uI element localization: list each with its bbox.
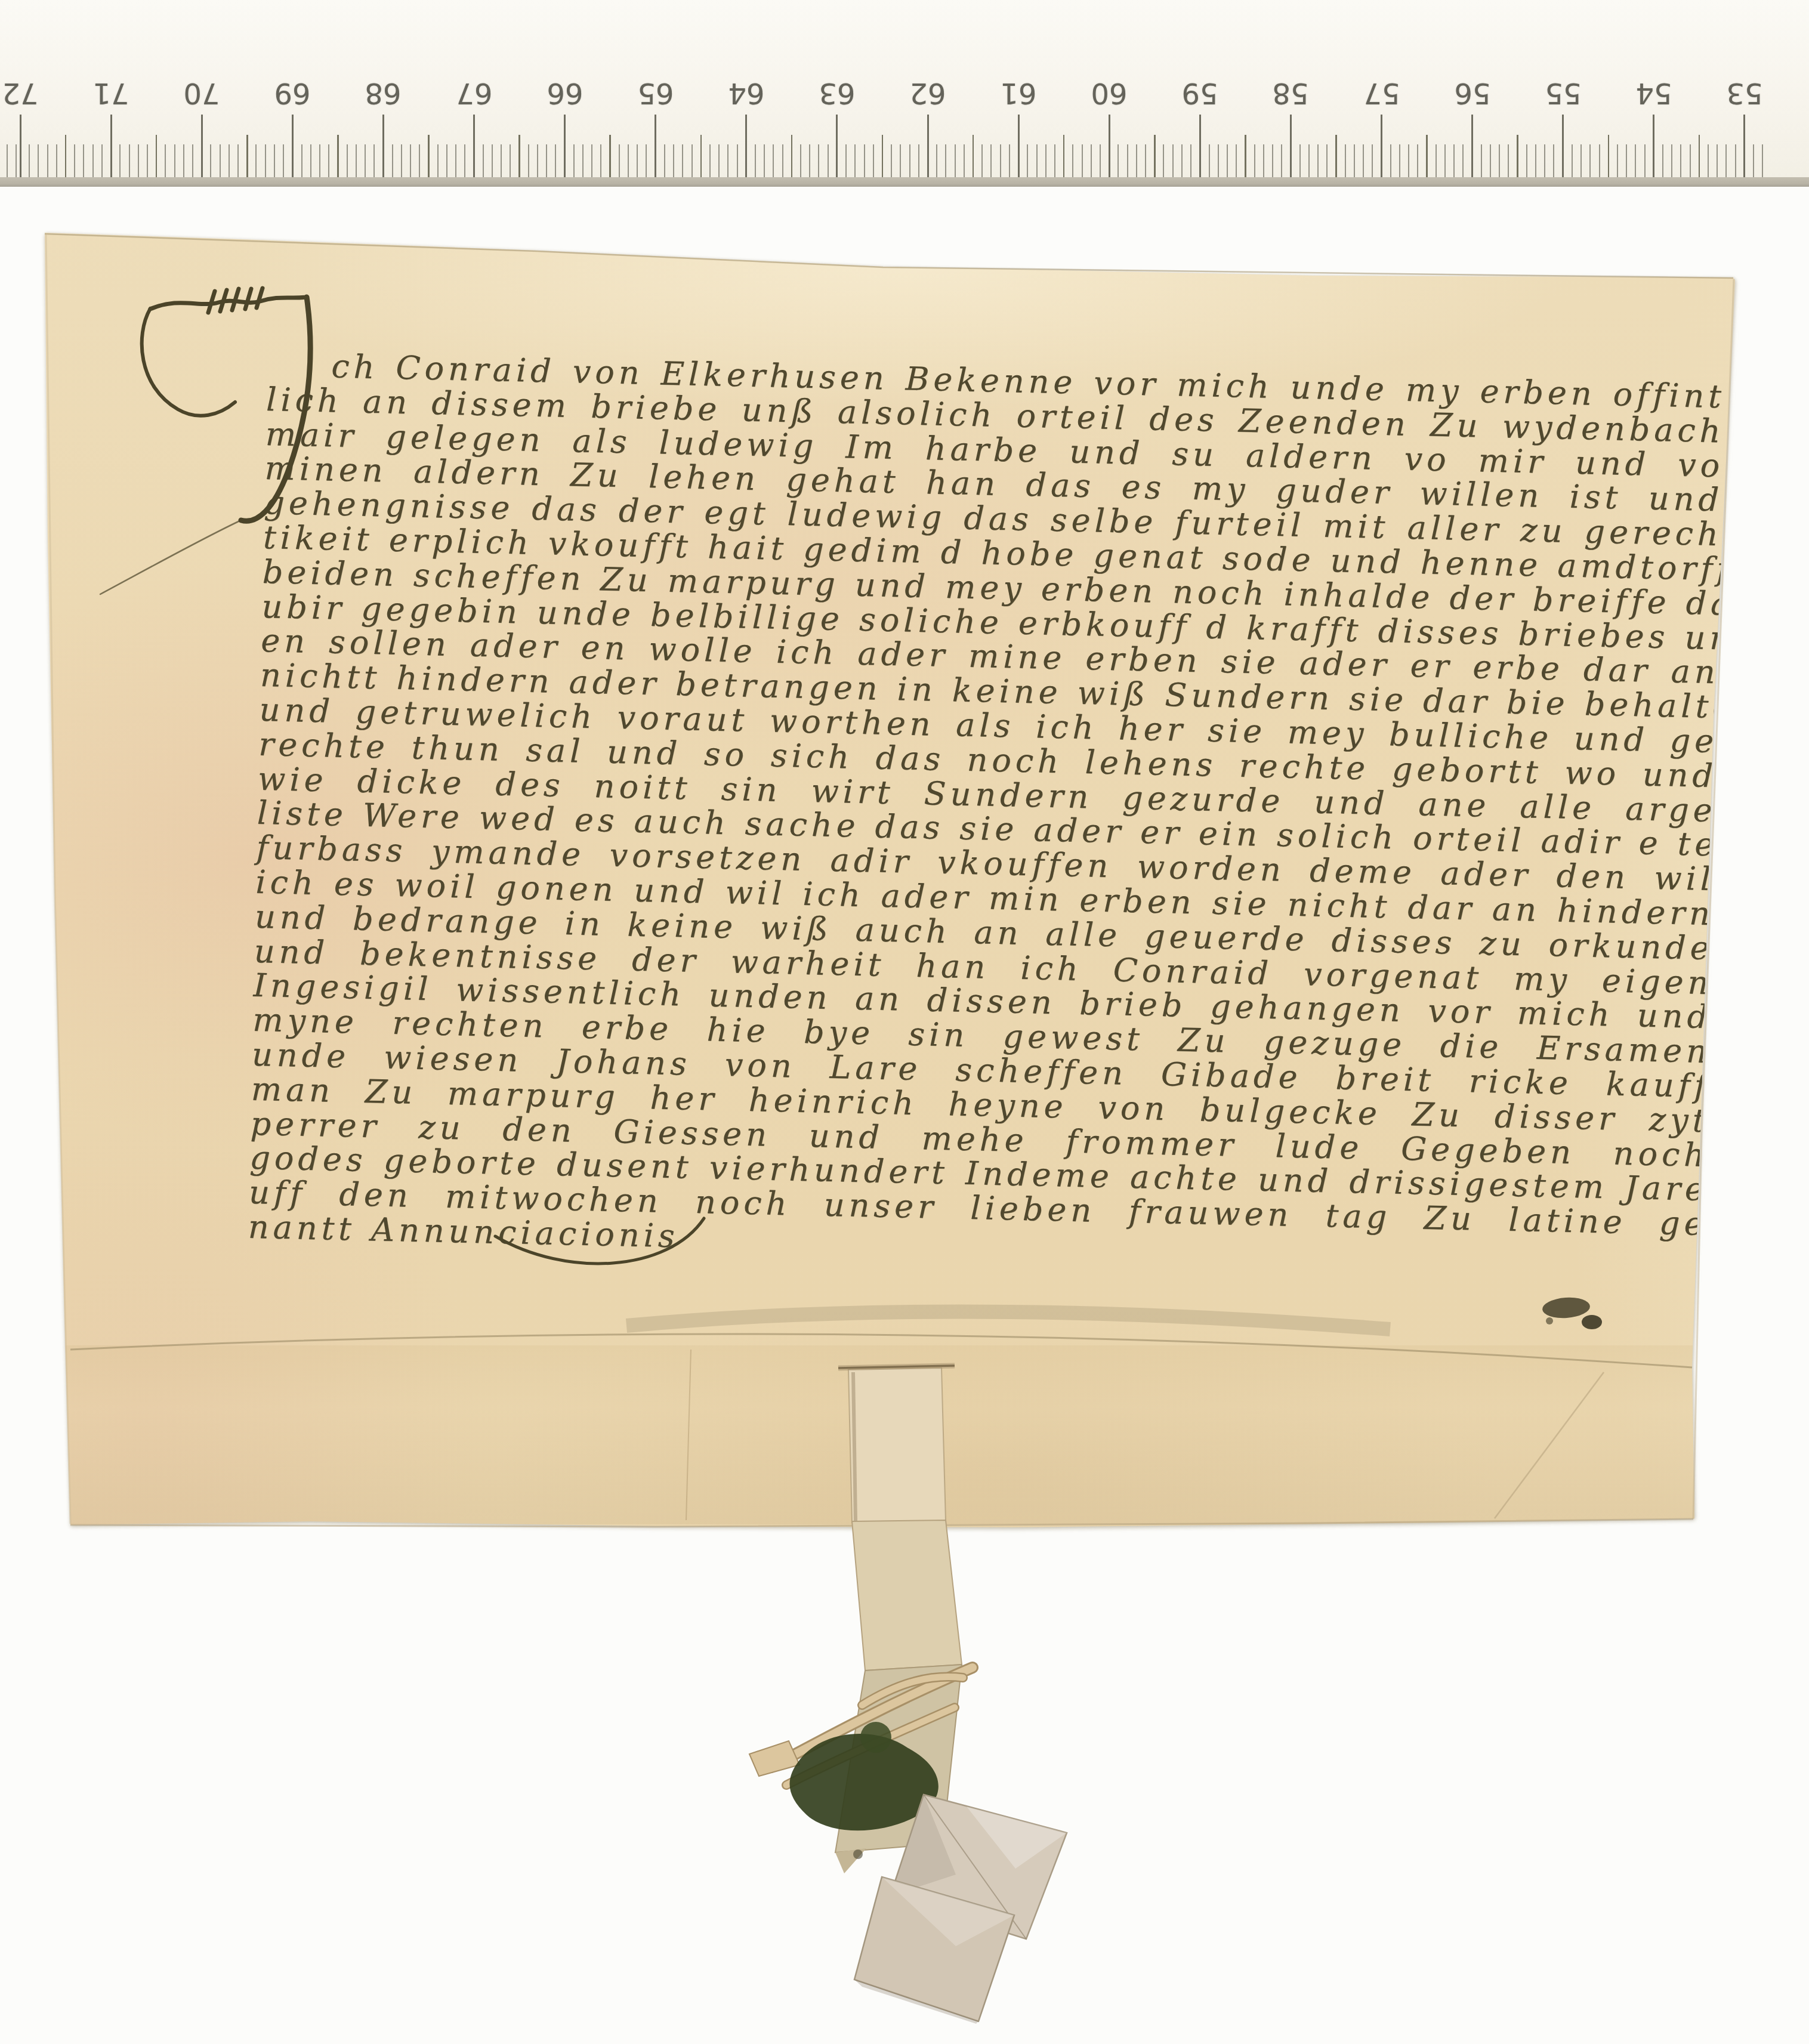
parchment-charter: ch Conraid von Elkerhusen Bekenne vor mi… <box>0 0 1809 2044</box>
page-background: 7271706968676665646362616059585756555453… <box>0 0 1809 2044</box>
parchment-wrapper: ch Conraid von Elkerhusen Bekenne vor mi… <box>0 0 1809 2044</box>
charter-text: ch Conraid von Elkerhusen Bekenne vor mi… <box>248 348 1725 1276</box>
plica-fold <box>0 1345 1809 1524</box>
